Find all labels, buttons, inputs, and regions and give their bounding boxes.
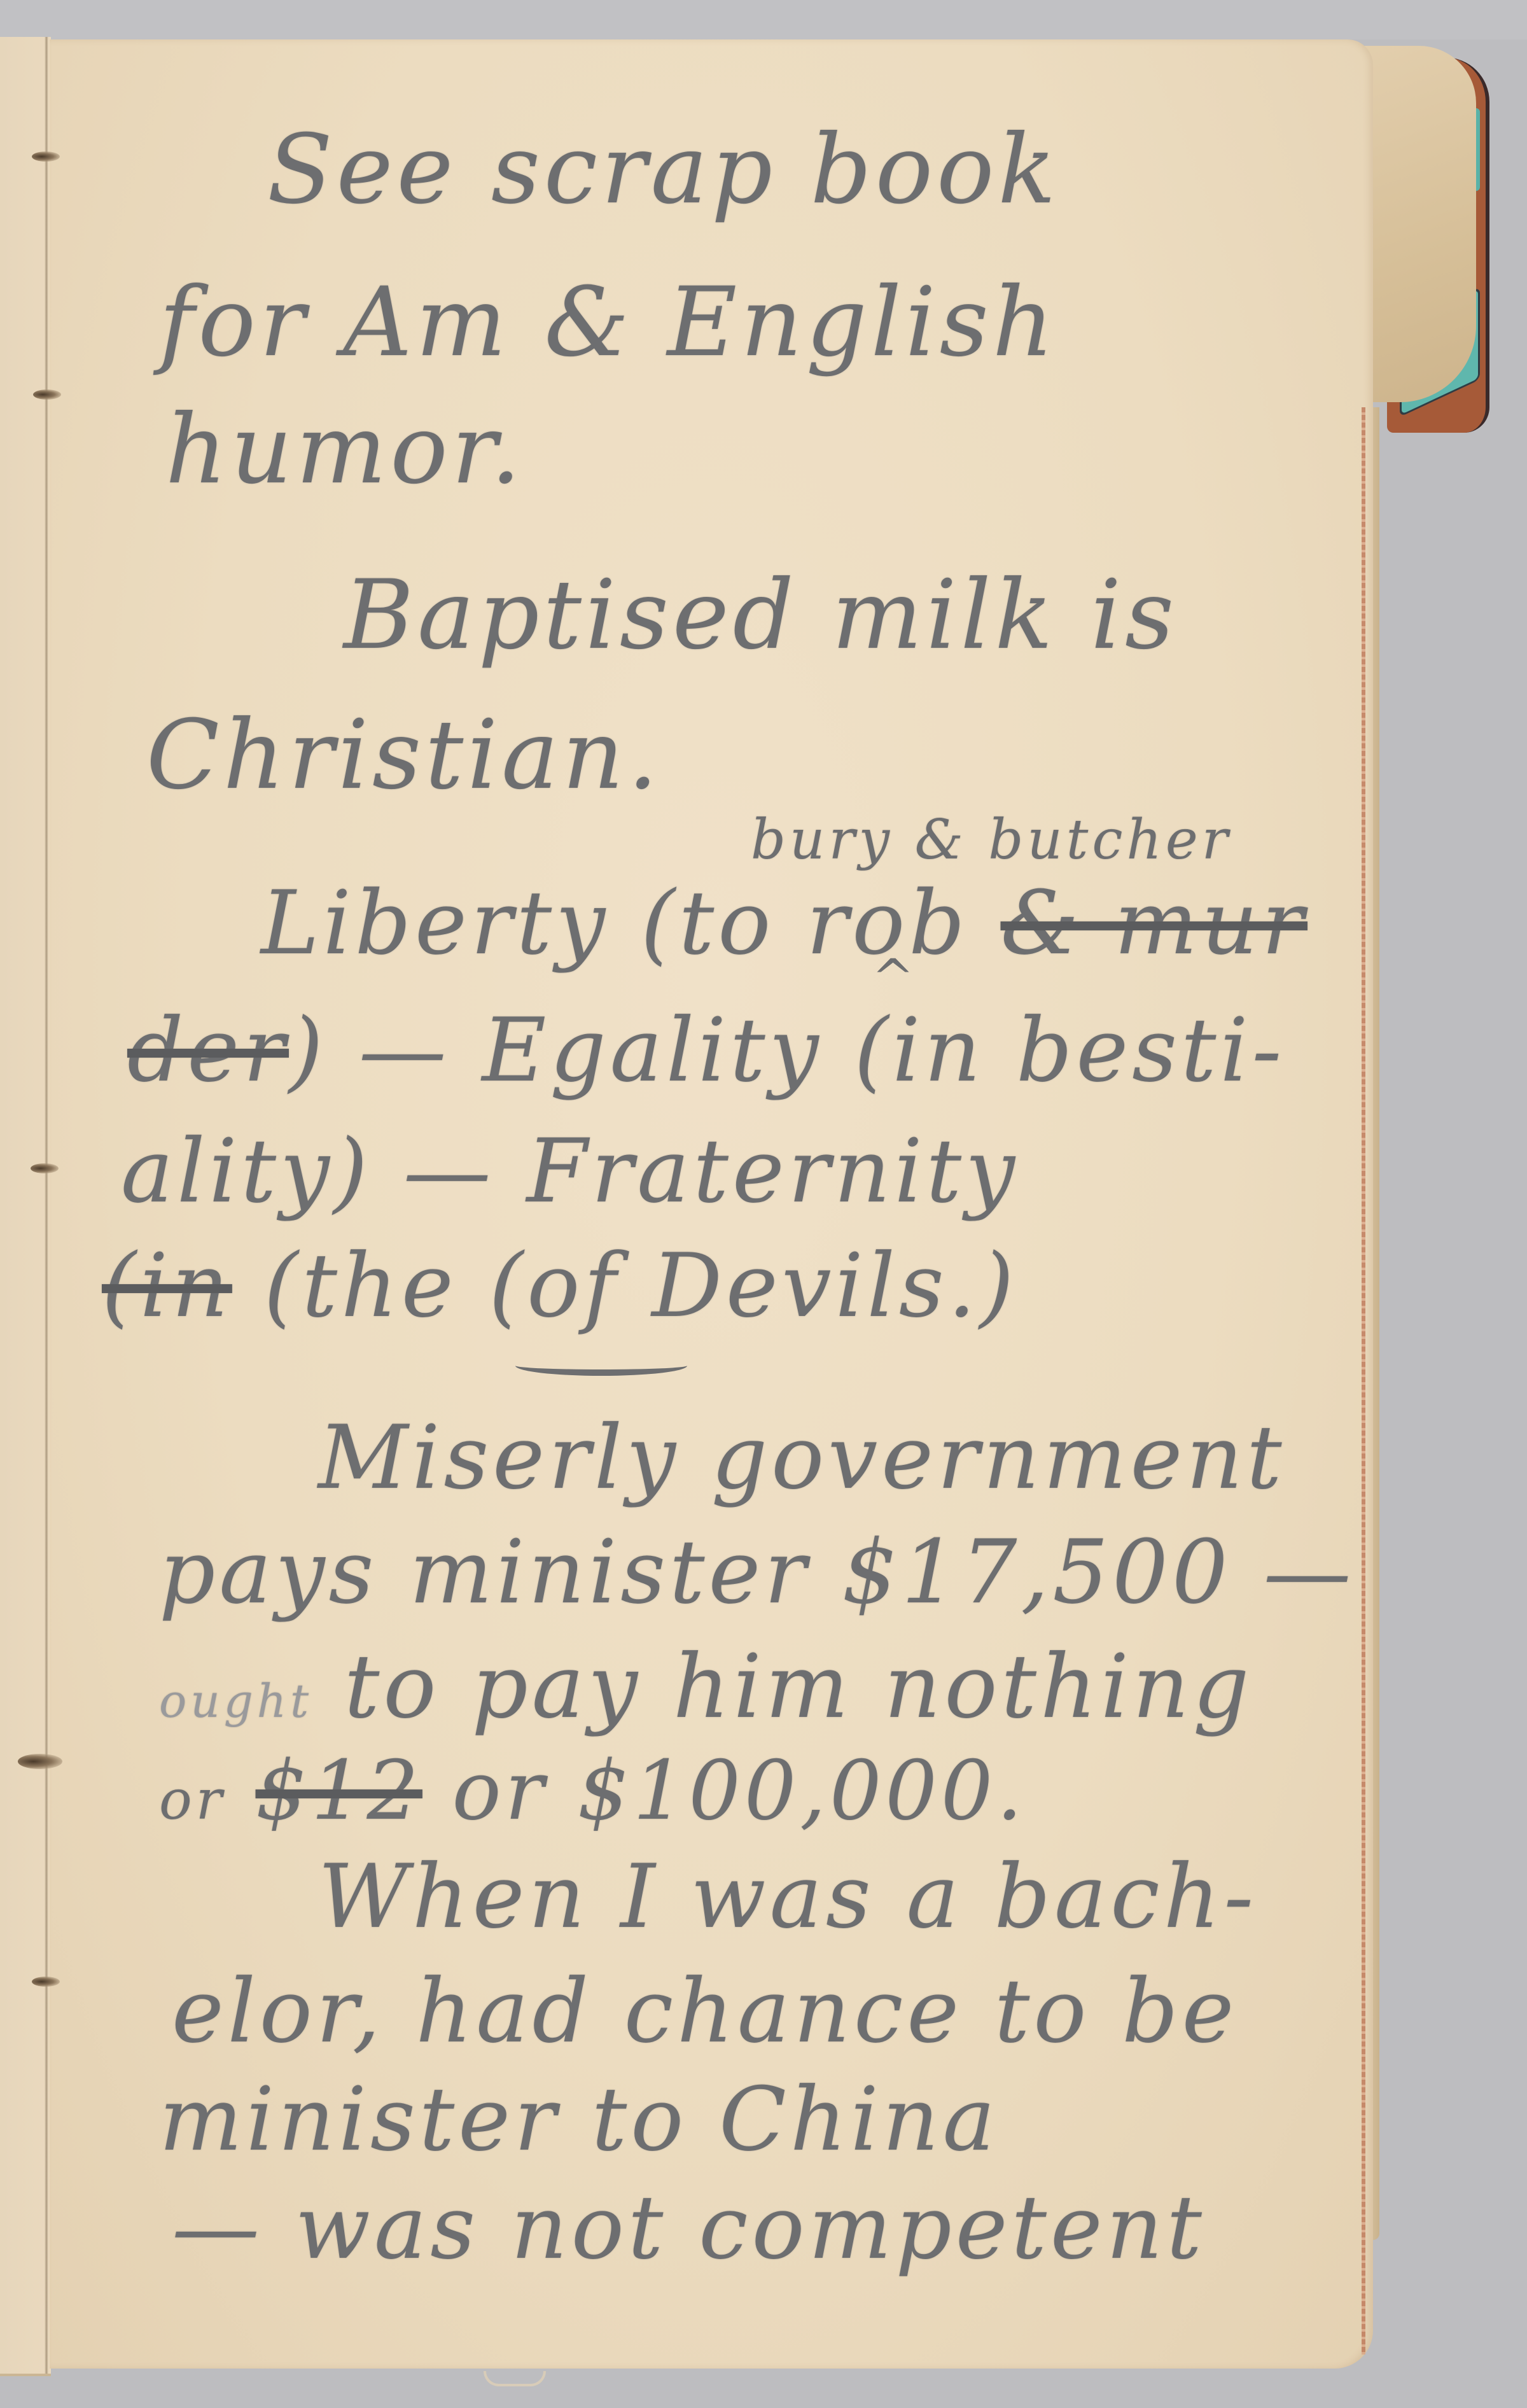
- binding-gutter: [45, 37, 48, 2374]
- line-text: Baptised milk is: [344, 560, 1178, 671]
- stitch-hole: [33, 389, 61, 400]
- line-text: minister to China: [159, 2068, 999, 2171]
- handwriting-line: (in (the (of Devils.): [102, 1235, 1017, 1337]
- line-text: or: [159, 1768, 226, 1832]
- line-text: pays minister $17,500 —: [159, 1521, 1355, 1623]
- line-text: or $100,000.: [452, 1744, 1026, 1838]
- handwriting-line: der) — Egality (in besti-: [127, 999, 1285, 1102]
- line-text: See scrap book: [267, 115, 1059, 225]
- backdrop: [0, 0, 1527, 39]
- faint-text: ought: [159, 1674, 312, 1728]
- struck-text: der: [127, 999, 289, 1102]
- handwriting-line: ality) — Fraternity: [121, 1120, 1019, 1222]
- line-text: Liberty (to rob: [261, 872, 969, 974]
- red-page-edge: [1362, 407, 1365, 2355]
- line-text: Miserly government: [318, 1406, 1286, 1509]
- line-text: When I was a bach-: [318, 1845, 1257, 1948]
- line-text: (the (of Devils.): [264, 1235, 1018, 1337]
- stitch-hole: [32, 151, 60, 162]
- facing-page: [0, 37, 51, 2376]
- notebook-photo: See scrap book for Am & English humor. B…: [0, 0, 1527, 2408]
- line-text: elor, had chance to be: [172, 1960, 1238, 2062]
- handwriting-line: — was not competent: [172, 2176, 1206, 2279]
- struck-text: & mur: [1001, 872, 1307, 974]
- line-text: ality) — Fraternity: [121, 1120, 1019, 1222]
- handwriting-line: elor, had chance to be: [172, 1960, 1238, 2062]
- line-text: Christian.: [146, 700, 662, 811]
- binding-thread: [484, 2371, 546, 2386]
- handwriting-line: for Am & English: [159, 267, 1057, 378]
- handwriting-line: See scrap book: [267, 115, 1059, 225]
- line-text: bury & butcher: [751, 808, 1232, 872]
- handwriting-line: Baptised milk is: [344, 560, 1178, 671]
- handwriting-line: humor.: [165, 395, 525, 505]
- handwriting-line: or $12 or $100,000.: [159, 1744, 1026, 1838]
- line-text: — was not competent: [172, 2176, 1206, 2279]
- handwriting-line: When I was a bach-: [318, 1845, 1257, 1948]
- handwriting-line: ought to pay him nothing: [159, 1635, 1253, 1738]
- handwriting-line: Christian.: [146, 700, 662, 811]
- section-divider: [515, 1355, 687, 1376]
- handwriting-line: pays minister $17,500 —: [159, 1521, 1355, 1623]
- handwriting-line: Liberty (to rob & mur: [261, 872, 1307, 974]
- line-text: ) — Egality (in besti-: [289, 999, 1285, 1102]
- line-text: to pay him nothing: [344, 1635, 1253, 1738]
- stitch-hole: [18, 1754, 62, 1769]
- line-text: for Am & English: [159, 267, 1057, 378]
- line-text: humor.: [165, 395, 525, 505]
- handwriting-line: minister to China: [159, 2068, 999, 2171]
- interlinear-insertion: bury & butcher: [751, 808, 1232, 872]
- handwriting-line: Miserly government: [318, 1406, 1286, 1509]
- struck-text: (in: [102, 1235, 232, 1337]
- stitch-hole: [31, 1163, 59, 1173]
- struck-text: $12: [256, 1744, 422, 1838]
- stitch-hole: [32, 1977, 60, 1987]
